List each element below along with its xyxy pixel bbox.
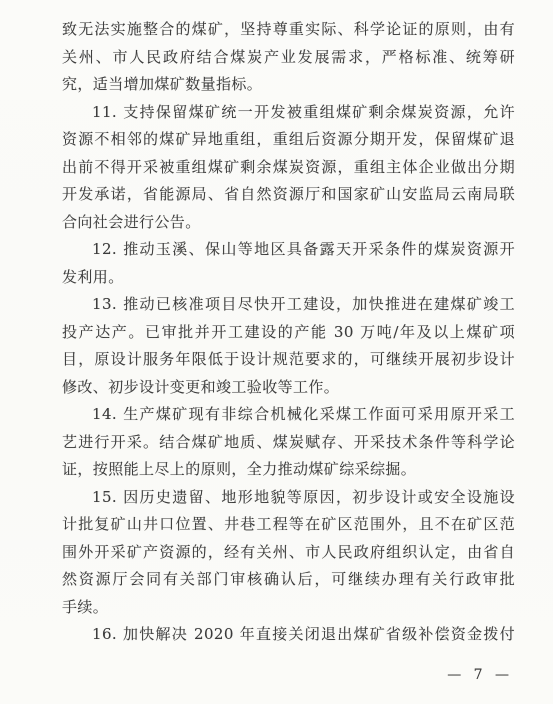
text-line: 资源不相邻的煤矿异地重组，重组后资源分期开发，保留煤矿退 [62, 126, 515, 154]
page-number: — 7 — [447, 664, 513, 686]
text-line: 修改、初步设计变更和竣工验收等工作。 [62, 374, 515, 402]
text-line: 证，按照能上尽上的原则，全力推动煤矿综采综掘。 [62, 456, 515, 484]
text-line: 围外开采矿产资源的，经有关州、市人民政府组织认定，由省自 [62, 539, 515, 567]
text-line: 关州、市人民政府结合煤炭产业发展需求，严格标准、统筹研 [62, 44, 515, 72]
text-line: 11. 支持保留煤矿统一开发被重组煤矿剩余煤炭资源，允许 [62, 99, 515, 127]
text-line: 手续。 [62, 594, 515, 622]
document-page: 致无法实施整合的煤矿，坚持尊重实际、科学论证的原则，由有 关州、市人民政府结合煤… [0, 0, 553, 704]
text-line: 艺进行开采。结合煤矿地质、煤炭赋存、开采技术条件等科学论 [62, 429, 515, 457]
text-line: 15. 因历史遗留、地形地貌等原因，初步设计或安全设施设 [62, 484, 515, 512]
text-line: 16. 加快解决 2020 年直接关闭退出煤矿省级补偿资金拨付 [62, 621, 515, 649]
text-line: 合向社会进行公告。 [62, 209, 515, 237]
text-line: 目，原设计服务年限低于设计规范要求的，可继续开展初步设计 [62, 346, 515, 374]
text-line: 12. 推动玉溪、保山等地区具备露天开采条件的煤炭资源开 [62, 236, 515, 264]
document-body: 致无法实施整合的煤矿，坚持尊重实际、科学论证的原则，由有 关州、市人民政府结合煤… [62, 16, 515, 649]
text-line: 出前不得开采被重组煤矿剩余煤炭资源，重组主体企业做出分期 [62, 154, 515, 182]
text-line: 13. 推动已核准项目尽快开工建设，加快推进在建煤矿竣工 [62, 291, 515, 319]
text-line: 计批复矿山井口位置、井巷工程等在矿区范围外，且不在矿区范 [62, 511, 515, 539]
text-line: 致无法实施整合的煤矿，坚持尊重实际、科学论证的原则，由有 [62, 16, 515, 44]
text-line: 投产达产。已审批并开工建设的产能 30 万吨/年及以上煤矿项 [62, 319, 515, 347]
text-line: 究，适当增加煤矿数量指标。 [62, 71, 515, 99]
text-line: 开发承诺，省能源局、省自然资源厅和国家矿山安监局云南局联 [62, 181, 515, 209]
text-line: 发利用。 [62, 264, 515, 292]
text-line: 然资源厅会同有关部门审核确认后，可继续办理有关行政审批 [62, 566, 515, 594]
text-line: 14. 生产煤矿现有非综合机械化采煤工作面可采用原开采工 [62, 401, 515, 429]
